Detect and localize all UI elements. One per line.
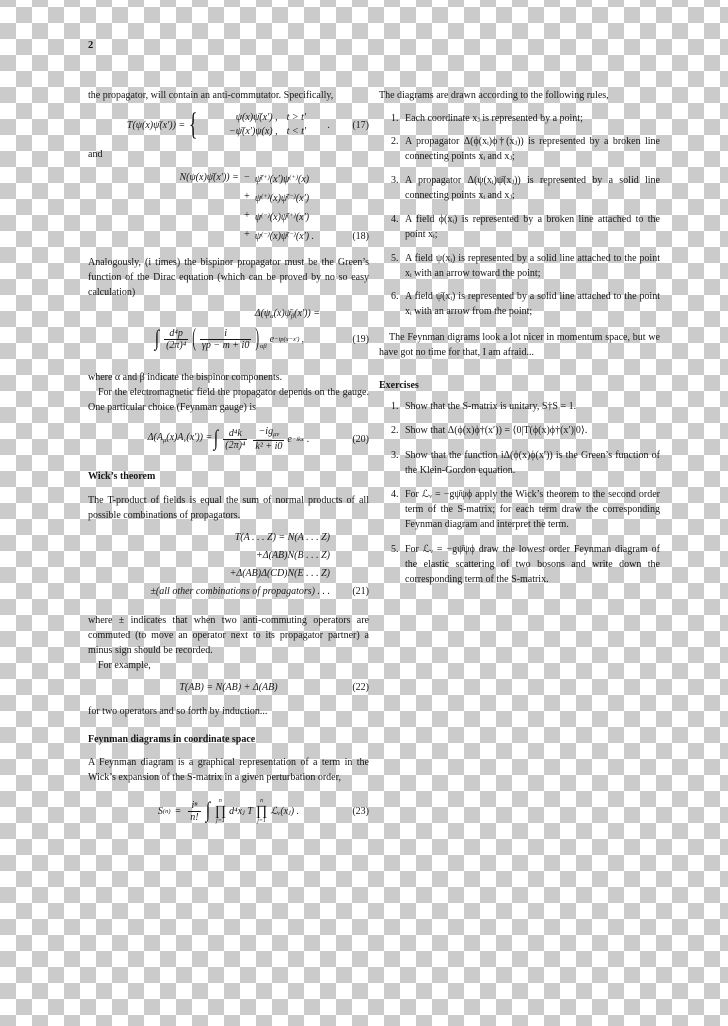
eq18-body: ψ(+)(x)ψ̄(−)(x′): [255, 188, 309, 207]
rule-text: A field ϕ(xᵢ) is represented by a broken…: [405, 212, 660, 242]
rule-item: 1. Each coordinate xⱼ is represented by …: [379, 111, 660, 126]
fraction: −igμν k² + i0: [253, 426, 284, 452]
rule-number: 3.: [391, 173, 405, 203]
eq18-body: ψ(−)(x)ψ̄(−)(x′) .: [255, 226, 314, 245]
eq17-case1-expr: ψ(x)ψ̄(x′) ,: [202, 111, 278, 125]
product-sign: n ∏ j=1: [256, 798, 268, 825]
rule-item: 4. A field ϕ(xᵢ) is represented by a bro…: [379, 212, 660, 242]
eq21-row: ±(all other combinations of propagators)…: [88, 583, 369, 601]
paragraph-t-product: The T-product of fields is equal the sum…: [88, 493, 369, 523]
exercise-item: 2. Show that Δ(ϕ(x)ϕ†(x′)) = ⟨0|T(ϕ(x)ϕ†…: [379, 423, 660, 438]
eq23-mid: d⁴xⱼ T: [229, 804, 253, 819]
heading-exercises: Exercises: [379, 378, 660, 393]
big-paren-open: (: [192, 322, 196, 357]
product-sign: n ∏ j=1: [215, 798, 227, 825]
exercise-item: 4. For ℒᵥ = −gψ̄ψϕ apply the Wick’s theo…: [379, 487, 660, 532]
eq17-case-2: −ψ̄(x′)ψ(x) , t < t′: [202, 125, 319, 139]
rule-text: A propagator Δ(ϕ(xᵢ)ϕ†(xⱼ)) is represent…: [405, 134, 660, 164]
rule-item: 5. A field ψ(xᵢ) is represented by a sol…: [379, 251, 660, 281]
exercise-text: Show that the function iΔ(ϕ(x)ϕ(x′)) is …: [405, 448, 660, 478]
rule-text: A propagator Δ(ψ(xᵢ)ψ̄(xⱼ)) is represent…: [405, 173, 660, 203]
eq18-rows: N(ψ(x)ψ̄(x′)) = − ψ̄(+)(x′)ψ(+)(x) + ψ(+…: [143, 169, 314, 245]
heading-feynman-diagrams: Feynman diagrams in coordinate space: [88, 732, 369, 747]
eq19-comma: ,: [301, 332, 304, 347]
paragraph-propagator: the propagator, will contain an anti-com…: [88, 88, 369, 103]
left-brace-glyph: {: [189, 109, 198, 141]
paragraph-where: where α and β indicate the bispinor comp…: [88, 370, 369, 385]
exercise-item: 3. Show that the function iΔ(ϕ(x)ϕ(x′)) …: [379, 448, 660, 478]
exercise-number: 1.: [391, 399, 405, 414]
rule-number: 5.: [391, 251, 405, 281]
paragraph-rules-intro: The diagrams are drawn according to the …: [379, 88, 660, 103]
exponential-sup: −ikx: [292, 432, 304, 447]
exercise-number: 4.: [391, 487, 405, 532]
eq20-period: .: [307, 432, 310, 447]
exercise-text: Show that the S-matrix is unitary, S†S =…: [405, 399, 660, 414]
equation-tag: (22): [352, 680, 369, 695]
rule-text: A field ψ̄(xᵢ) is represented by a solid…: [405, 289, 660, 319]
integral-sign: ∫: [214, 427, 219, 449]
big-paren-close: ): [255, 322, 259, 357]
eq20-lhs: Δ(Aμ(x)Aν(x′)) =: [148, 430, 213, 448]
eq17-case1-cond: t > t′: [287, 111, 319, 125]
eq18-row: + ψ(−)(x)ψ̄(−)(x′) .: [143, 226, 314, 245]
eq17-cases: ψ(x)ψ̄(x′) , t > t′ −ψ̄(x′)ψ(x) , t < t′: [202, 111, 319, 139]
equation-tag: (21): [352, 583, 369, 601]
eq21-row: T(A . . . Z) = N(A . . . Z): [88, 529, 369, 547]
exercise-number: 5.: [391, 542, 405, 587]
equation-19-line1: Δ(ψα(x)ψ̄β(x′)) =: [88, 306, 369, 324]
eq18-lhs: N(ψ(x)ψ̄(x′)) =: [143, 169, 239, 188]
rule-number: 4.: [391, 212, 405, 242]
exercise-text: For ℒᵥ = −gψ̄ψϕ draw the lowest order Fe…: [405, 542, 660, 587]
rule-number: 6.: [391, 289, 405, 319]
exercise-number: 2.: [391, 423, 405, 438]
equation-17: T(ψ(x)ψ̄(x′)) = { ψ(x)ψ̄(x′) , t > t′ −ψ…: [88, 106, 369, 144]
equation-tag: (23): [352, 804, 369, 819]
fraction: d⁴k (2π)⁴: [223, 428, 247, 451]
eq23-lhs-sup: (n): [163, 804, 171, 819]
eq17-period: .: [328, 118, 331, 133]
fraction: iⁿ n!: [188, 800, 200, 823]
equation-21: T(A . . . Z) = N(A . . . Z) +Δ(AB)N(B . …: [88, 529, 369, 601]
left-column: the propagator, will contain an anti-com…: [88, 40, 369, 828]
integral-sign: ∫: [205, 799, 210, 821]
integral-sign: ∫: [155, 327, 160, 349]
equation-22: T(AB) = N(AB) + Δ(AB) (22): [88, 679, 369, 695]
equation-18: N(ψ(x)ψ̄(x′)) = − ψ̄(+)(x′)ψ(+)(x) + ψ(+…: [88, 169, 369, 245]
equation-tag: (20): [352, 432, 369, 447]
rule-item: 6. A field ψ̄(xᵢ) is represented by a so…: [379, 289, 660, 319]
equation-tag: (18): [352, 228, 369, 245]
rule-item: 2. A propagator Δ(ϕ(xᵢ)ϕ†(xⱼ)) is repres…: [379, 134, 660, 164]
exponential-sup: −ip(x−x′): [274, 332, 299, 347]
equation-20: Δ(Aμ(x)Aν(x′)) = ∫ d⁴k (2π)⁴ −igμν k² + …: [88, 423, 369, 455]
eq18-row: N(ψ(x)ψ̄(x′)) = − ψ̄(+)(x′)ψ(+)(x): [143, 169, 314, 188]
paragraph-induction: for two operators and so forth by induct…: [88, 704, 369, 719]
eq18-body: ψ̄(+)(x′)ψ(+)(x): [255, 169, 309, 188]
exercise-number: 3.: [391, 448, 405, 478]
exercise-item: 1. Show that the S-matrix is unitary, S†…: [379, 399, 660, 414]
document-page: 2 the propagator, will contain an anti-c…: [0, 0, 728, 1026]
paren-subscript: αβ: [260, 339, 267, 354]
paragraph-em-field: For the electromagnetic field the propag…: [88, 385, 369, 415]
eq18-op: +: [239, 188, 255, 207]
rule-item: 3. A propagator Δ(ψ(xᵢ)ψ̄(xⱼ)) is repres…: [379, 173, 660, 203]
equation-19: ∫ d⁴p (2π)⁴ ( i γp − m + i0 ) αβ e −ip(x…: [88, 324, 369, 354]
eq17-case-1: ψ(x)ψ̄(x′) , t > t′: [202, 111, 319, 125]
rule-text: Each coordinate xⱼ is represented by a p…: [405, 111, 660, 126]
equation-tag: (19): [352, 332, 369, 347]
eq21-row: +Δ(AB)N(B . . . Z): [88, 547, 369, 565]
paragraph-and: and: [88, 147, 369, 162]
fraction: d⁴p (2π)⁴: [164, 328, 188, 351]
eq18-op: +: [239, 226, 255, 245]
exercise-item: 5. For ℒᵥ = −gψ̄ψϕ draw the lowest order…: [379, 542, 660, 587]
eq18-row: + ψ(−)(x)ψ̄(+)(x′): [143, 207, 314, 226]
rule-text: A field ψ(xᵢ) is represented by a solid …: [405, 251, 660, 281]
eq18-op: +: [239, 207, 255, 226]
paragraph-momentum-space: The Feynman digrams look a lot nicer in …: [379, 330, 660, 360]
rule-number: 1.: [391, 111, 405, 126]
eq17-lhs: T(ψ(x)ψ̄(x′)) =: [127, 118, 185, 133]
paragraph-minus-sign: where ± indicates that when two anti-com…: [88, 613, 369, 658]
paragraph-for-example: For example,: [88, 658, 369, 673]
paragraph-feynman-diagram: A Feynman diagram is a graphical represe…: [88, 755, 369, 785]
exercise-text: For ℒᵥ = −gψ̄ψϕ apply the Wick’s theorem…: [405, 487, 660, 532]
equals-sign: =: [175, 804, 182, 819]
fraction: i γp − m + i0: [200, 328, 251, 351]
eq22-body: T(AB) = N(AB) + Δ(AB): [179, 680, 277, 695]
eq17-case2-expr: −ψ̄(x′)ψ(x) ,: [202, 125, 278, 139]
two-column-layout: the propagator, will contain an anti-com…: [88, 40, 660, 828]
eq17-case2-cond: t < t′: [287, 125, 319, 139]
eq18-op: −: [239, 169, 255, 188]
eq23-tail: ℒᵥ(xⱼ) .: [270, 804, 299, 819]
equation-23: S (n) = iⁿ n! ∫ n ∏ j=1 d⁴xⱼ T n ∏ j=1: [88, 794, 369, 828]
equation-tag: (17): [352, 118, 369, 133]
rule-number: 2.: [391, 134, 405, 164]
eq18-body: ψ(−)(x)ψ̄(+)(x′): [255, 207, 309, 226]
exercise-text: Show that Δ(ϕ(x)ϕ†(x′)) = ⟨0|T(ϕ(x)ϕ†(x′…: [405, 423, 660, 438]
eq18-row: + ψ(+)(x)ψ̄(−)(x′): [143, 188, 314, 207]
right-column: The diagrams are drawn according to the …: [379, 40, 660, 587]
heading-wicks-theorem: Wick’s theorem: [88, 469, 369, 484]
eq21-row: +Δ(AB)Δ(CD)N(E . . . Z): [88, 565, 369, 583]
paragraph-analogously: Analogously, (i times) the bispinor prop…: [88, 255, 369, 300]
